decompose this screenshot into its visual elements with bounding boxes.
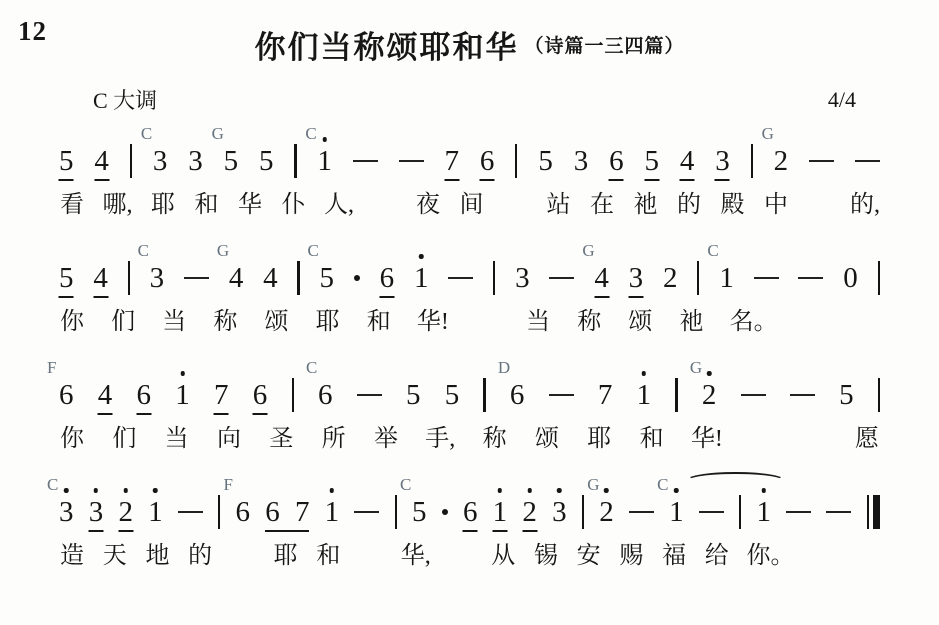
lyric-syllable: 人, <box>324 190 354 220</box>
barline <box>515 144 517 178</box>
lyric-syllable: 颂 <box>534 424 560 454</box>
lyric-syllable: 当 <box>525 307 551 337</box>
note: 1 <box>175 380 190 410</box>
lyric-syllable: 安 <box>576 541 602 571</box>
meta-row: C 大调 4/4 <box>59 84 880 115</box>
eighth-underline <box>214 413 229 415</box>
chord-label: C <box>141 125 152 142</box>
song-number: 12 <box>18 16 47 47</box>
note: 1 <box>637 380 652 410</box>
note-number: 6 <box>609 146 624 176</box>
lyric-syllable: 华! <box>691 424 723 454</box>
duration-dash <box>357 394 382 397</box>
lyric-syllable: 和 <box>194 190 220 220</box>
lyric-syllable: 造 <box>59 541 85 571</box>
note-number: 2 <box>774 146 789 176</box>
barline <box>878 261 880 295</box>
lyric-syllable: 名。 <box>730 307 778 337</box>
barline <box>297 261 299 295</box>
final-barline-thin <box>867 495 869 529</box>
lyric-syllable: 中 <box>763 190 789 220</box>
song-title: 你们当称颂耶和华 <box>254 30 518 65</box>
note: C3 <box>153 146 168 176</box>
note: 4 <box>680 146 695 176</box>
score: 54C33G55C176536543G2看哪,耶和华仆人,夜间站在祂的殿中的,5… <box>59 117 880 571</box>
octave-dot <box>153 488 158 493</box>
augmentation-dot <box>354 275 360 281</box>
note-number: 1 <box>757 497 772 527</box>
duration-dash <box>699 511 724 514</box>
note-number: 3 <box>715 146 730 176</box>
note: C3 <box>150 263 165 293</box>
duration-dash <box>809 160 834 163</box>
octave-dot <box>707 371 712 376</box>
chord-label: C <box>47 476 58 493</box>
lyric-syllable: 从 <box>490 541 516 571</box>
note: 6 <box>253 380 268 410</box>
eighth-underline <box>118 530 133 532</box>
note: 3 <box>629 263 644 293</box>
lyric-syllable: 所 <box>321 424 347 454</box>
eighth-underline <box>88 530 103 532</box>
eighth-underline <box>644 179 659 181</box>
duration-dash <box>354 511 379 514</box>
note-number: 5 <box>259 146 274 176</box>
lyric-syllable: 祂 <box>679 307 705 337</box>
title-block: 你们当称颂耶和华（诗篇一三四篇） <box>0 22 939 67</box>
lyric-syllable: 耶 <box>273 541 299 571</box>
note: F6 <box>236 497 251 527</box>
octave-dot <box>94 488 99 493</box>
augmentation-dot <box>442 509 448 515</box>
duration-dash <box>855 160 880 163</box>
eighth-underline <box>59 179 74 181</box>
note: 1 <box>325 497 340 527</box>
barline <box>493 261 495 295</box>
note: 7 <box>214 380 229 410</box>
lyric-syllable: 的 <box>676 190 702 220</box>
note-number: 4 <box>98 380 113 410</box>
eighth-underline <box>253 413 268 415</box>
note-number: 5 <box>412 497 427 527</box>
header: 12 你们当称颂耶和华（诗篇一三四篇） <box>0 0 939 70</box>
note-number: 6 <box>510 380 525 410</box>
note: 0 <box>843 263 858 293</box>
lyric-syllable: 耶 <box>150 190 176 220</box>
note: C3 <box>59 497 74 527</box>
barline <box>751 144 753 178</box>
duration-dash <box>741 394 766 397</box>
octave-dot <box>557 488 562 493</box>
lyric-syllable: 在 <box>589 190 615 220</box>
note-number: 5 <box>406 380 421 410</box>
lyric-syllable: 看 <box>59 190 85 220</box>
note-number: 4 <box>680 146 695 176</box>
music-system: 54C33G55C176536543G2看哪,耶和华仆人,夜间站在祂的殿中的, <box>59 117 880 220</box>
note-number: 1 <box>414 263 429 293</box>
note: 5 <box>406 380 421 410</box>
eighth-underline <box>715 179 730 181</box>
note: 4 <box>98 380 113 410</box>
note: 6 <box>137 380 152 410</box>
note-number: 5 <box>59 146 74 176</box>
note-number: 4 <box>229 263 244 293</box>
note: 6 <box>609 146 624 176</box>
lyric-syllable: 你 <box>59 307 85 337</box>
note-number: 2 <box>522 497 537 527</box>
chord-label: G <box>762 125 774 142</box>
note: G2 <box>702 380 717 410</box>
lyrics-row: 你们当称颂耶和华!当称颂祂名。 <box>59 307 880 337</box>
chord-label: C <box>707 242 718 259</box>
lyric-syllable: 华 <box>237 190 263 220</box>
octave-dot <box>123 488 128 493</box>
note: 6 <box>380 263 395 293</box>
duration-dash <box>826 511 851 514</box>
barline <box>292 378 294 412</box>
lyric-syllable: 手, <box>425 424 455 454</box>
eighth-underline <box>379 296 394 298</box>
note: 3 <box>552 497 567 527</box>
note-number: 7 <box>295 497 310 527</box>
lyric-syllable: 地 <box>144 541 170 571</box>
duration-dash <box>448 277 473 280</box>
lyric-syllable: 和 <box>366 307 392 337</box>
note-number: 5 <box>59 263 74 293</box>
note: 3 <box>715 146 730 176</box>
note: 5 <box>445 380 460 410</box>
eighth-underline <box>59 296 74 298</box>
notes-row: C3321F6671C56123G2C11 <box>59 468 880 539</box>
barline <box>878 378 880 412</box>
chord-label: G <box>690 359 702 376</box>
note: C5 <box>412 497 427 527</box>
note: G5 <box>224 146 239 176</box>
song-subtitle: （诗篇一三四篇） <box>524 36 684 57</box>
note: G4 <box>594 263 609 293</box>
chord-label: G <box>587 476 599 493</box>
eighth-underline <box>522 530 537 532</box>
octave-dot <box>330 488 335 493</box>
lyric-syllable: 们 <box>110 307 136 337</box>
note-number: 6 <box>137 380 152 410</box>
duration-dash <box>754 277 779 280</box>
note: C6 <box>318 380 333 410</box>
lyric-syllable: 给 <box>704 541 730 571</box>
duration-dash <box>629 511 654 514</box>
note-number: 3 <box>574 146 589 176</box>
note-number: 7 <box>598 380 613 410</box>
note-number: 3 <box>552 497 567 527</box>
lyric-syllable: 耶 <box>586 424 612 454</box>
lyric-syllable: 的 <box>187 541 213 571</box>
lyric-syllable: 仆 <box>281 190 307 220</box>
tie-arc <box>685 472 786 490</box>
barline <box>697 261 699 295</box>
duration-dash <box>178 511 203 514</box>
duration-dash <box>798 277 823 280</box>
chord-label: C <box>308 242 319 259</box>
eighth-underline <box>444 179 459 181</box>
note: C5 <box>320 263 335 293</box>
octave-dot <box>642 371 647 376</box>
sheet-music-page: 12 你们当称颂耶和华（诗篇一三四篇） C 大调 4/4 54C33G55C17… <box>0 0 939 625</box>
chord-label: D <box>498 359 510 376</box>
notes-row: 54C33G55C176536543G2 <box>59 117 880 188</box>
note: 4 <box>263 263 278 293</box>
eighth-underline <box>463 530 478 532</box>
note: 1 <box>493 497 508 527</box>
key-signature: C 大调 <box>93 84 157 115</box>
lyric-syllable: 当 <box>164 424 190 454</box>
barline <box>218 495 220 529</box>
note: 5 <box>644 146 659 176</box>
lyric-syllable: 间 <box>459 190 485 220</box>
eighth-underline <box>98 413 113 415</box>
note-number: 6 <box>253 380 268 410</box>
note: 5 <box>259 146 274 176</box>
lyric-syllable: 举 <box>373 424 399 454</box>
note-number: 0 <box>843 263 858 293</box>
note-number: 6 <box>318 380 333 410</box>
lyric-syllable: 哪, <box>103 190 133 220</box>
note: 5 <box>538 146 553 176</box>
octave-dot <box>762 488 767 493</box>
music-system: 54C3G44C5613G432C10你们当称颂耶和华!当称颂祂名。 <box>59 234 880 337</box>
lyric-syllable: 称 <box>212 307 238 337</box>
note: 7 <box>445 146 460 176</box>
eighth-underline <box>680 179 695 181</box>
lyric-syllable: 祂 <box>633 190 659 220</box>
note-number: 6 <box>480 146 495 176</box>
note: G4 <box>229 263 244 293</box>
barline <box>130 144 132 178</box>
note: 6 <box>463 497 478 527</box>
barline <box>294 144 296 178</box>
lyric-syllable: 的, <box>850 190 880 220</box>
note: 3 <box>188 146 203 176</box>
note-number: 5 <box>538 146 553 176</box>
note-number: 3 <box>59 497 74 527</box>
octave-dot <box>674 488 679 493</box>
note: 3 <box>515 263 530 293</box>
note: 4 <box>94 146 109 176</box>
lyric-syllable: 颂 <box>627 307 653 337</box>
note: 5 <box>839 380 854 410</box>
lyric-syllable: 愿 <box>854 424 880 454</box>
note-number: 6 <box>463 497 478 527</box>
note-number: 3 <box>629 263 644 293</box>
chord-label: C <box>400 476 411 493</box>
barline <box>395 495 397 529</box>
eighth-underline <box>609 179 624 181</box>
eighth-underline <box>594 296 609 298</box>
note-number: 3 <box>153 146 168 176</box>
note: C1 <box>317 146 332 176</box>
note: 6 <box>480 146 495 176</box>
eighth-underline <box>480 179 495 181</box>
time-signature: 4/4 <box>828 87 856 113</box>
final-barline-thick <box>873 495 880 529</box>
note: 1 <box>414 263 429 293</box>
music-system: F646176C655D671G25你们当向圣所举手,称颂耶和华!愿 <box>59 351 880 454</box>
eighth-underline <box>628 296 643 298</box>
note-number: 1 <box>493 497 508 527</box>
lyric-syllable: 当 <box>161 307 187 337</box>
note-number: 5 <box>320 263 335 293</box>
note-number: 6 <box>59 380 74 410</box>
note-number: 2 <box>663 263 678 293</box>
note-number: 5 <box>445 380 460 410</box>
note-number: 5 <box>224 146 239 176</box>
final-barline <box>867 495 880 529</box>
duration-dash <box>549 277 574 280</box>
eighth-underline <box>93 296 108 298</box>
lyrics-row: 看哪,耶和华仆人,夜间站在祂的殿中的, <box>59 190 880 220</box>
lyric-syllable: 圣 <box>268 424 294 454</box>
note: 4 <box>93 263 108 293</box>
lyric-syllable: 你 <box>59 424 85 454</box>
note: G2 <box>774 146 789 176</box>
note-number: 2 <box>702 380 717 410</box>
chord-label: G <box>582 242 594 259</box>
note-number: 7 <box>445 146 460 176</box>
lyric-syllable: 天 <box>102 541 128 571</box>
note-number: 4 <box>93 263 108 293</box>
lyric-syllable: 们 <box>111 424 137 454</box>
chord-label: C <box>305 125 316 142</box>
chord-label: C <box>657 476 668 493</box>
eighth-underline <box>492 530 507 532</box>
barline <box>739 495 741 529</box>
note-number: 4 <box>94 146 109 176</box>
chord-label: C <box>138 242 149 259</box>
octave-dot <box>180 371 185 376</box>
barline <box>582 495 584 529</box>
note-number: 5 <box>839 380 854 410</box>
note-number: 5 <box>644 146 659 176</box>
notes-row: F646176C655D671G25 <box>59 351 880 422</box>
note: 7 <box>295 497 310 527</box>
note: 2 <box>522 497 537 527</box>
eighth-underline <box>136 413 151 415</box>
note: 1 <box>148 497 163 527</box>
chord-label: F <box>47 359 56 376</box>
barline <box>675 378 677 412</box>
note: 7 <box>598 380 613 410</box>
note: 5 <box>59 146 74 176</box>
chord-label: G <box>217 242 229 259</box>
note: 2 <box>663 263 678 293</box>
note: 3 <box>574 146 589 176</box>
duration-dash <box>549 394 574 397</box>
lyric-syllable: 华, <box>401 541 431 571</box>
eighth-underline <box>283 530 309 532</box>
octave-dot <box>64 488 69 493</box>
chord-label: C <box>306 359 317 376</box>
lyric-syllable: 福 <box>661 541 687 571</box>
note: D6 <box>510 380 525 410</box>
lyric-syllable: 你。 <box>747 541 795 571</box>
duration-dash <box>399 160 424 163</box>
duration-dash <box>790 394 815 397</box>
note: 1 <box>757 497 772 527</box>
note-number: 7 <box>214 380 229 410</box>
barline <box>128 261 130 295</box>
note-number: 1 <box>637 380 652 410</box>
note-number: 1 <box>719 263 734 293</box>
note: 5 <box>59 263 74 293</box>
octave-dot <box>527 488 532 493</box>
duration-dash <box>184 277 209 280</box>
note-number: 3 <box>515 263 530 293</box>
barline <box>483 378 485 412</box>
notes-row: 54C3G44C5613G432C10 <box>59 234 880 305</box>
eighth-underline <box>94 179 109 181</box>
lyric-syllable: 向 <box>216 424 242 454</box>
lyric-syllable: 耶 <box>315 307 341 337</box>
chord-label: G <box>212 125 224 142</box>
octave-dot <box>498 488 503 493</box>
lyric-syllable: 颂 <box>264 307 290 337</box>
lyric-syllable: 锡 <box>533 541 559 571</box>
note-number: 6 <box>265 497 280 527</box>
lyric-syllable: 称 <box>576 307 602 337</box>
note-number: 3 <box>150 263 165 293</box>
duration-dash <box>786 511 811 514</box>
note-number: 2 <box>599 497 614 527</box>
octave-dot <box>604 488 609 493</box>
octave-dot <box>419 254 424 259</box>
note-number: 1 <box>669 497 684 527</box>
lyric-syllable: 和 <box>639 424 665 454</box>
lyric-syllable: 站 <box>546 190 572 220</box>
note: 2 <box>118 497 133 527</box>
note-number: 1 <box>148 497 163 527</box>
note: C1 <box>669 497 684 527</box>
lyrics-row: 造天地的耶和华,从锡安赐福给你。 <box>59 541 880 571</box>
music-system: C3321F6671C56123G2C11造天地的耶和华,从锡安赐福给你。 <box>59 468 880 571</box>
note-number: 4 <box>263 263 278 293</box>
lyric-syllable: 夜 <box>415 190 441 220</box>
octave-dot <box>322 137 327 142</box>
note-number: 4 <box>594 263 609 293</box>
lyrics-row: 你们当向圣所举手,称颂耶和华!愿 <box>59 424 880 454</box>
note: F6 <box>59 380 74 410</box>
lyric-syllable: 赐 <box>618 541 644 571</box>
lyric-syllable: 和 <box>315 541 341 571</box>
note-number: 1 <box>317 146 332 176</box>
note-number: 6 <box>236 497 251 527</box>
note: G2 <box>599 497 614 527</box>
note: 3 <box>89 497 104 527</box>
note-number: 3 <box>188 146 203 176</box>
note-number: 6 <box>380 263 395 293</box>
note: C1 <box>719 263 734 293</box>
note-number: 2 <box>118 497 133 527</box>
lyric-syllable: 殿 <box>720 190 746 220</box>
note-number: 1 <box>325 497 340 527</box>
note: 6 <box>265 497 280 527</box>
note-number: 3 <box>89 497 104 527</box>
note-number: 1 <box>175 380 190 410</box>
chord-label: F <box>224 476 233 493</box>
lyric-syllable: 华! <box>417 307 449 337</box>
duration-dash <box>353 160 378 163</box>
lyric-syllable: 称 <box>482 424 508 454</box>
